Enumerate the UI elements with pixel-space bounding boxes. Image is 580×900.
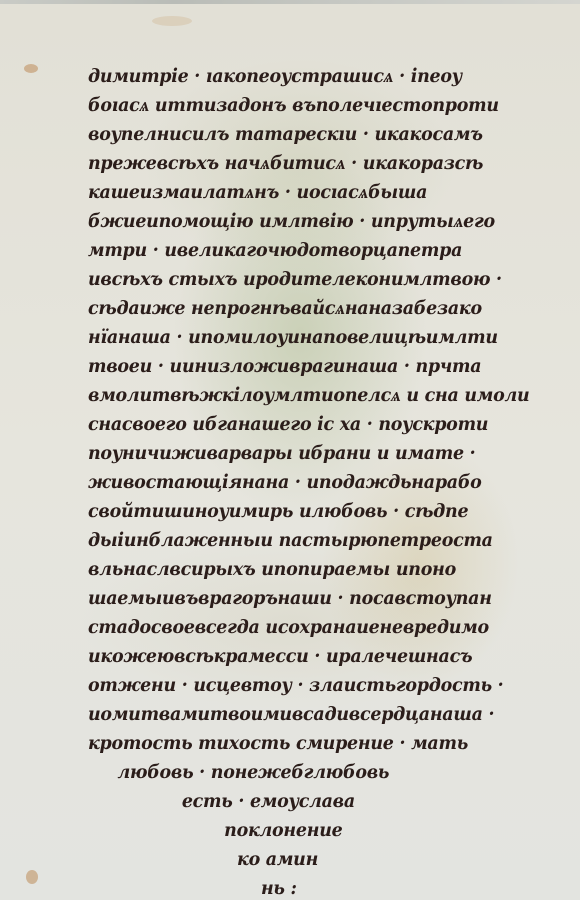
text-line: поуничиживарвары ибрани и имате · — [88, 439, 511, 468]
text-line: дыiинблаженныи пастырюпетреоста — [88, 526, 511, 555]
text-line-final: нь : — [88, 874, 511, 900]
text-line: мтри · ивеликагочюдотворцапетра — [88, 236, 511, 265]
text-line: кротость тихость смирение · мать — [88, 729, 511, 758]
text-line: иомитвамитвоимивсадивсердцанаша · — [88, 700, 511, 729]
text-line: бжиеипомощію имлтвію · ипрутыѧего — [88, 207, 511, 236]
text-line: нïанаша · ипомилоуинаповелицѣимлти — [88, 323, 511, 352]
text-line-tapered: любовь · понежебглюбовь — [88, 758, 511, 787]
text-line: икожеювсѣкрамесси · иралечешнасъ — [88, 642, 511, 671]
text-line: снасвоего ибганашего іс ха · поускроти — [88, 410, 511, 439]
text-line: вмолитвѣжкiлоумлтиопелсѧ и сна имоли — [88, 381, 511, 410]
text-line: ивсѣхъ стыхъ иродителеконимлтвою · — [88, 265, 511, 294]
stain-mark — [152, 16, 192, 26]
text-line: вльнаслвсирыхъ ипопираемы ипоно — [88, 555, 511, 584]
text-line-tapered: есть · емоуслава — [88, 787, 511, 816]
text-line: шаемыивъврагорънаши · посавстоупан — [88, 584, 511, 613]
text-line: отжени · исцевтоу · злаистьгордость · — [88, 671, 511, 700]
text-line: свойтишиноуимирь илюбовь · сѣдпе — [88, 497, 511, 526]
text-line-tapered: ко амин — [88, 845, 511, 874]
text-line: боıасѧ иттизадонъ въполечıестопроти — [88, 91, 511, 120]
manuscript-text: димитріе · ıакопеоустрашисѧ · ineoy боıа… — [88, 62, 548, 900]
stain-mark — [24, 64, 38, 73]
text-line: прежевсѣхъ начѧбитисѧ · икакоразсѣ — [88, 149, 511, 178]
text-line: димитріе · ıакопеоустрашисѧ · ineoy — [88, 62, 511, 91]
text-line: кашеизмаилатѧнъ · иосıасѧбыша — [88, 178, 511, 207]
stain-mark — [26, 870, 38, 884]
text-line: твоеи · иинизложиврагинаша · прчта — [88, 352, 511, 381]
text-line: воупелнисилъ татарескıи · икакосамъ — [88, 120, 511, 149]
text-line: стадосвоевсегда исохранаиеневредимо — [88, 613, 511, 642]
manuscript-page: димитріе · ıакопеоустрашисѧ · ineoy боıа… — [0, 4, 580, 900]
text-line: живостающiянана · иподаждьнарабо — [88, 468, 511, 497]
text-line-tapered: поклонение — [88, 816, 511, 845]
text-line: сѣдаиже непрогнѣвайсѧнаназабезако — [88, 294, 511, 323]
